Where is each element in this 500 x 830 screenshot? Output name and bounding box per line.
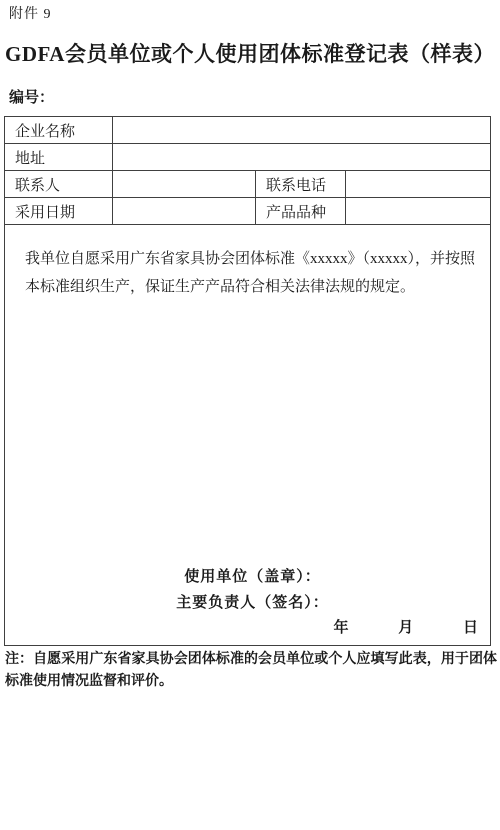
field-value-product-variety[interactable] <box>346 198 491 225</box>
field-value-adoption-date[interactable] <box>113 198 256 225</box>
document-page: 附件 9 GDFA会员单位或个人使用团体标准登记表（样表） 编号： 企业名称 地… <box>0 0 500 830</box>
date-month-label: 月 <box>398 620 413 636</box>
field-value-contact-phone[interactable] <box>346 171 491 198</box>
field-label-contact-person: 联系人 <box>5 171 113 198</box>
attachment-label: 附件 9 <box>9 3 52 23</box>
declaration-text: 我单位自愿采用广东省家具协会团体标准《xxxxx》（xxxxx），并按照本标准组… <box>15 225 490 301</box>
registration-table: 企业名称 地址 联系人 联系电话 采用日期 产品品种 我单位自愿采用广东省家具协… <box>4 116 491 646</box>
page-title: GDFA会员单位或个人使用团体标准登记表（样表） <box>0 38 500 68</box>
table-row: 采用日期 产品品种 <box>5 198 491 225</box>
table-row: 地址 <box>5 144 491 171</box>
field-value-company-name[interactable] <box>113 117 491 144</box>
table-row: 联系人 联系电话 <box>5 171 491 198</box>
declaration-cell: 我单位自愿采用广东省家具协会团体标准《xxxxx》（xxxxx），并按照本标准组… <box>5 225 491 646</box>
date-year-label: 年 <box>333 620 348 636</box>
field-label-adoption-date: 采用日期 <box>5 198 113 225</box>
serial-number-label: 编号： <box>9 86 54 107</box>
field-label-product-variety: 产品品种 <box>256 198 346 225</box>
field-label-company-name: 企业名称 <box>5 117 113 144</box>
date-day-label: 日 <box>463 620 478 636</box>
signature-block: 使用单位（盖章）： 主要负责人（签名）： 年 月 日 <box>15 564 490 645</box>
field-label-contact-phone: 联系电话 <box>256 171 346 198</box>
stamp-line-label: 使用单位（盖章）： <box>15 564 490 590</box>
field-label-address: 地址 <box>5 144 113 171</box>
signature-line-label: 主要负责人（签名）： <box>15 590 490 616</box>
field-value-address[interactable] <box>113 144 491 171</box>
date-line: 年 月 日 <box>15 616 490 640</box>
footnote-text: 注：自愿采用广东省家具协会团体标准的会员单位或个人应填写此表，用于团体标准使用情… <box>5 649 497 693</box>
table-row: 我单位自愿采用广东省家具协会团体标准《xxxxx》（xxxxx），并按照本标准组… <box>5 225 491 646</box>
field-value-contact-person[interactable] <box>113 171 256 198</box>
table-row: 企业名称 <box>5 117 491 144</box>
